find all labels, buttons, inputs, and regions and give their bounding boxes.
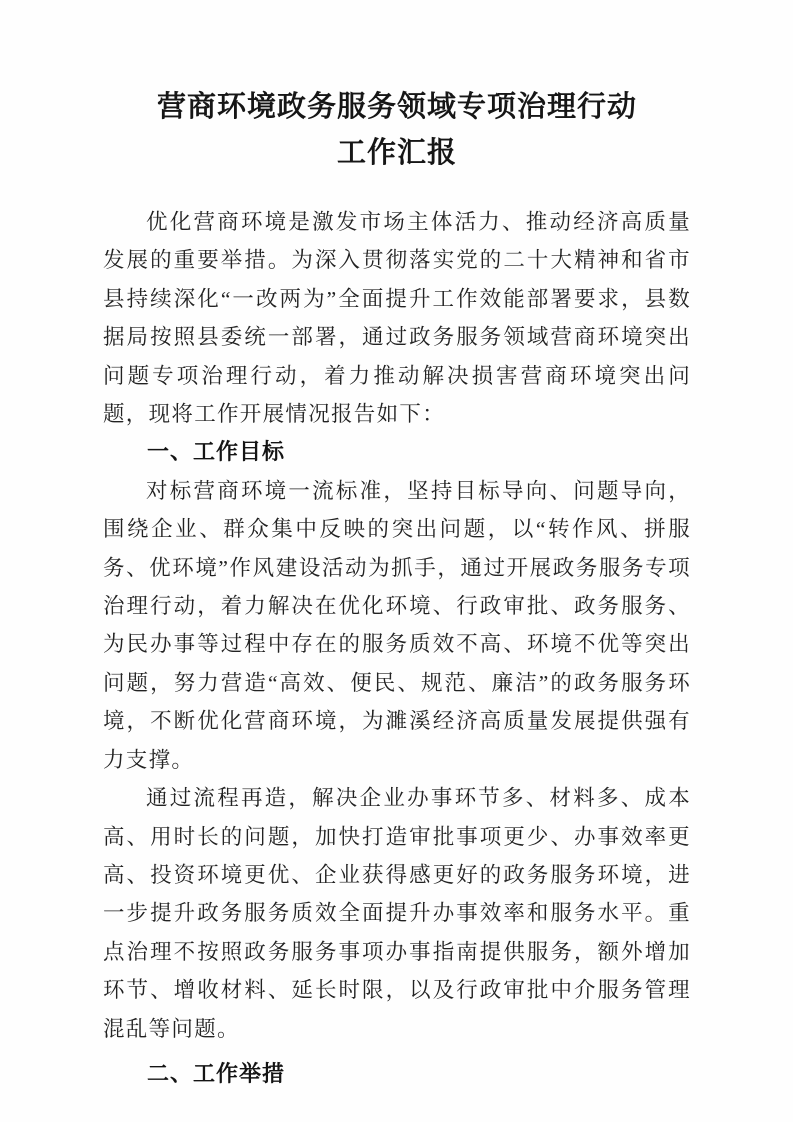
document-title-line-2: 工作汇报 <box>103 130 691 176</box>
paragraph-introduction: 优化营商环境是激发市场主体活力、推动经济高质量发展的重要举措。为深入贯彻落实党的… <box>103 203 691 433</box>
document-title-line-1: 营商环境政务服务领域专项治理行动 <box>103 84 691 130</box>
section-heading-work-measures: 二、工作举措 <box>103 1055 691 1093</box>
document-page: 营商环境政务服务领域专项治理行动 工作汇报 优化营商环境是激发市场主体活力、推动… <box>0 0 793 1122</box>
document-title: 营商环境政务服务领域专项治理行动 工作汇报 <box>103 84 691 176</box>
document-content: 营商环境政务服务领域专项治理行动 工作汇报 优化营商环境是激发市场主体活力、推动… <box>103 84 691 1093</box>
paragraph-work-goals-1: 对标营商环境一流标准，坚持目标导向、问题导向，围绕企业、群众集中反映的突出问题，… <box>103 472 691 779</box>
paragraph-work-goals-2: 通过流程再造，解决企业办事环节多、材料多、成本高、用时长的问题，加快打造审批事项… <box>103 779 691 1048</box>
section-heading-work-goals: 一、工作目标 <box>103 433 691 471</box>
